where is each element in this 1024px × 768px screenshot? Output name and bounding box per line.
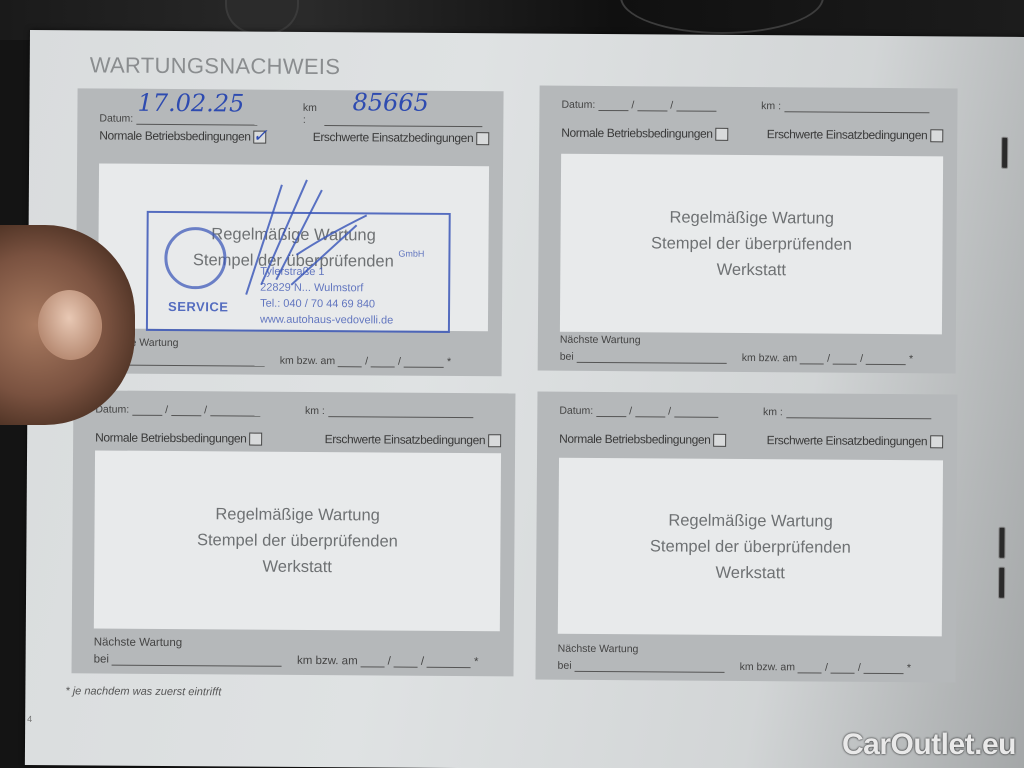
date-separator: / [165, 404, 168, 416]
stamp-area: Regelmäßige Wartung Stempel der überprüf… [94, 450, 501, 631]
page-number: 4 [27, 714, 32, 724]
normal-conditions-checkbox[interactable] [713, 434, 726, 447]
next-day-field[interactable] [800, 351, 824, 364]
severe-conditions-label: Erschwerte Einsatzbedingungen [325, 432, 486, 447]
km-field[interactable] [786, 405, 931, 419]
stamp-area: Regelmäßige Wartung Stempel der überprüf… [558, 458, 943, 637]
normal-conditions-label: Normale Betriebsbedingungen [95, 430, 246, 445]
next-service-row: Nächste Wartung bei km bzw. am / / * [98, 336, 488, 368]
normal-conditions-label: Normale Betriebsbedingungen [561, 126, 712, 141]
watermark-logo: CarOutlet.eu [842, 728, 1016, 762]
dashboard-knob [225, 0, 299, 34]
severe-conditions-label: Erschwerte Einsatzbedingungen [767, 433, 928, 448]
stamp-placeholder-line2: Stempel der überprüfenden [651, 230, 852, 257]
handwritten-km: 85665 [352, 88, 429, 117]
stamp-seal-icon [164, 227, 226, 289]
stamp-placeholder-line2: Stempel der überprüfenden [650, 533, 851, 560]
asterisk: * [909, 353, 913, 365]
asterisk: * [907, 662, 911, 674]
stamp-placeholder-line1: Regelmäßige Wartung [669, 204, 834, 231]
next-day-field[interactable] [798, 660, 822, 673]
normal-conditions-option[interactable]: Normale Betriebsbedingungen [561, 126, 728, 141]
date-separator: / [204, 404, 207, 416]
km-label: km : [303, 102, 322, 126]
next-km-field[interactable] [115, 353, 265, 367]
year-field[interactable] [674, 405, 718, 418]
severe-conditions-option[interactable]: Erschwerte Einsatzbedingungen [313, 130, 490, 146]
conditions-row: Normale Betriebsbedingungen Erschwerte E… [561, 126, 943, 143]
date-label: Datum: [559, 405, 593, 417]
at-label: bei [558, 660, 572, 672]
severe-conditions-checkbox[interactable] [930, 436, 943, 449]
stamp-placeholder-line1: Regelmäßige Wartung [215, 501, 380, 528]
date-label: Datum: [561, 99, 595, 111]
km-label: km : [763, 406, 783, 418]
severe-conditions-checkbox[interactable] [930, 130, 943, 143]
binding-staple [998, 567, 1005, 599]
date-separator: / [827, 353, 830, 365]
next-month-field[interactable] [394, 655, 418, 668]
asterisk: * [474, 656, 479, 668]
service-record-page: WARTUNGSNACHWEIS Datum: km : 17.02.25 85… [25, 30, 1024, 768]
normal-conditions-checkbox[interactable]: ✓ [254, 131, 267, 144]
date-km-row: Datum: / / km : [561, 98, 939, 114]
page-title: WARTUNGSNACHWEIS [90, 52, 341, 80]
next-day-field[interactable] [361, 654, 385, 667]
stamp-placeholder-line1: Regelmäßige Wartung [668, 507, 833, 534]
next-km-field[interactable] [112, 653, 282, 667]
next-year-field[interactable] [427, 655, 471, 668]
next-service-row: Nächste Wartung bei km bzw. am / / * [558, 643, 942, 675]
next-service-row: Nächste Wartung bei km bzw. am / / * [94, 636, 500, 668]
asterisk: * [447, 356, 451, 368]
stamp-service-label: SERVICE [168, 299, 228, 314]
service-entry-1: Datum: km : 17.02.25 85665 Normale Betri… [76, 88, 504, 376]
stamp-placeholder-line3: Werkstatt [715, 560, 785, 586]
date-separator: / [670, 99, 673, 111]
severe-conditions-checkbox[interactable] [476, 132, 489, 145]
at-label: bei [94, 653, 109, 665]
next-service-label: Nächste Wartung [94, 636, 500, 651]
at-label: bei [560, 351, 574, 363]
next-year-field[interactable] [866, 352, 906, 365]
check-mark-icon: ✓ [253, 126, 268, 147]
next-day-field[interactable] [338, 354, 362, 367]
km-field[interactable] [328, 404, 473, 418]
km-or-on-label: km bzw. am [742, 352, 798, 364]
date-separator: / [825, 662, 828, 674]
next-year-field[interactable] [864, 661, 904, 674]
date-separator: / [668, 405, 671, 417]
next-service-label: Nächste Wartung [558, 643, 942, 658]
stamp-area: Regelmäßige Wartung Stempel der überprüf… [560, 154, 943, 335]
next-month-field[interactable] [833, 352, 857, 365]
conditions-row: Normale Betriebsbedingungen Erschwerte E… [95, 430, 501, 447]
date-km-row: Datum: / / km : [95, 402, 497, 418]
service-entry-4: Datum: / / km : Normale Betriebsbedingun… [535, 392, 957, 683]
month-field[interactable] [171, 403, 201, 416]
next-km-field[interactable] [577, 350, 727, 364]
date-label: Datum: [99, 112, 133, 124]
date-separator: / [858, 662, 861, 674]
normal-conditions-option[interactable]: Normale Betriebsbedingungen [559, 432, 726, 447]
year-field[interactable] [210, 403, 260, 416]
km-label: km : [761, 100, 781, 112]
day-field[interactable] [132, 403, 162, 416]
severe-conditions-option[interactable]: Erschwerte Einsatzbedingungen [767, 433, 944, 449]
severe-conditions-label: Erschwerte Einsatzbedingungen [767, 127, 928, 142]
next-km-field[interactable] [575, 659, 725, 673]
year-field[interactable] [676, 99, 716, 112]
stamp-placeholder-line3: Werkstatt [717, 257, 787, 283]
date-km-row: Datum: / / km : [559, 404, 939, 420]
signature-icon [236, 174, 377, 305]
stamp-placeholder-line2: Stempel der überprüfenden [197, 527, 398, 554]
date-separator: / [365, 355, 368, 367]
dashboard-ring [620, 0, 824, 34]
next-month-field[interactable] [831, 661, 855, 674]
date-separator: / [860, 353, 863, 365]
normal-conditions-option[interactable]: Normale Betriebsbedingungen [95, 430, 262, 445]
binding-staple [1001, 137, 1008, 169]
km-or-on-label: km bzw. am [297, 655, 358, 667]
severe-conditions-option[interactable]: Erschwerte Einsatzbedingungen [325, 432, 502, 448]
date-separator: / [629, 405, 632, 417]
service-entry-3: Datum: / / km : Normale Betriebsbedingun… [72, 390, 516, 676]
date-separator: / [421, 656, 424, 668]
severe-conditions-label: Erschwerte Einsatzbedingungen [313, 130, 474, 145]
normal-conditions-checkbox[interactable] [249, 433, 262, 446]
km-field[interactable] [784, 99, 929, 113]
footnote: * je nachdem was zuerst eintrifft [65, 685, 221, 698]
day-field[interactable] [598, 98, 628, 111]
severe-conditions-option[interactable]: Erschwerte Einsatzbedingungen [767, 127, 944, 143]
date-separator: / [631, 99, 634, 111]
month-field[interactable] [637, 98, 667, 111]
day-field[interactable] [596, 404, 626, 417]
next-service-row: Nächste Wartung bei km bzw. am / / * [560, 334, 942, 366]
normal-conditions-checkbox[interactable] [716, 128, 729, 141]
km-or-on-label: km bzw. am [740, 661, 796, 673]
normal-conditions-label: Normale Betriebsbedingungen [99, 128, 250, 143]
next-month-field[interactable] [371, 354, 395, 367]
next-service-label: Nächste Wartung [560, 334, 942, 349]
date-separator: / [388, 656, 391, 668]
conditions-row: Normale Betriebsbedingungen✓ Erschwerte … [99, 128, 489, 145]
stamp-placeholder-line3: Werkstatt [262, 554, 332, 580]
km-or-on-label: km bzw. am [280, 355, 336, 367]
binding-staple [998, 527, 1005, 559]
next-service-label: Nächste Wartung [98, 336, 488, 351]
service-entry-2: Datum: / / km : Normale Betriebsbedingun… [538, 86, 958, 374]
date-separator: / [398, 356, 401, 368]
month-field[interactable] [635, 404, 665, 417]
next-year-field[interactable] [404, 355, 444, 368]
normal-conditions-option[interactable]: Normale Betriebsbedingungen✓ [99, 128, 266, 143]
severe-conditions-checkbox[interactable] [488, 435, 501, 448]
normal-conditions-label: Normale Betriebsbedingungen [559, 432, 710, 447]
conditions-row: Normale Betriebsbedingungen Erschwerte E… [559, 432, 943, 449]
stamp-website: www.autohaus-vedovelli.de [260, 314, 393, 327]
stamp-company-suffix: GmbH [398, 249, 424, 259]
km-label: km : [305, 405, 325, 417]
handwritten-date: 17.02.25 [137, 89, 244, 118]
